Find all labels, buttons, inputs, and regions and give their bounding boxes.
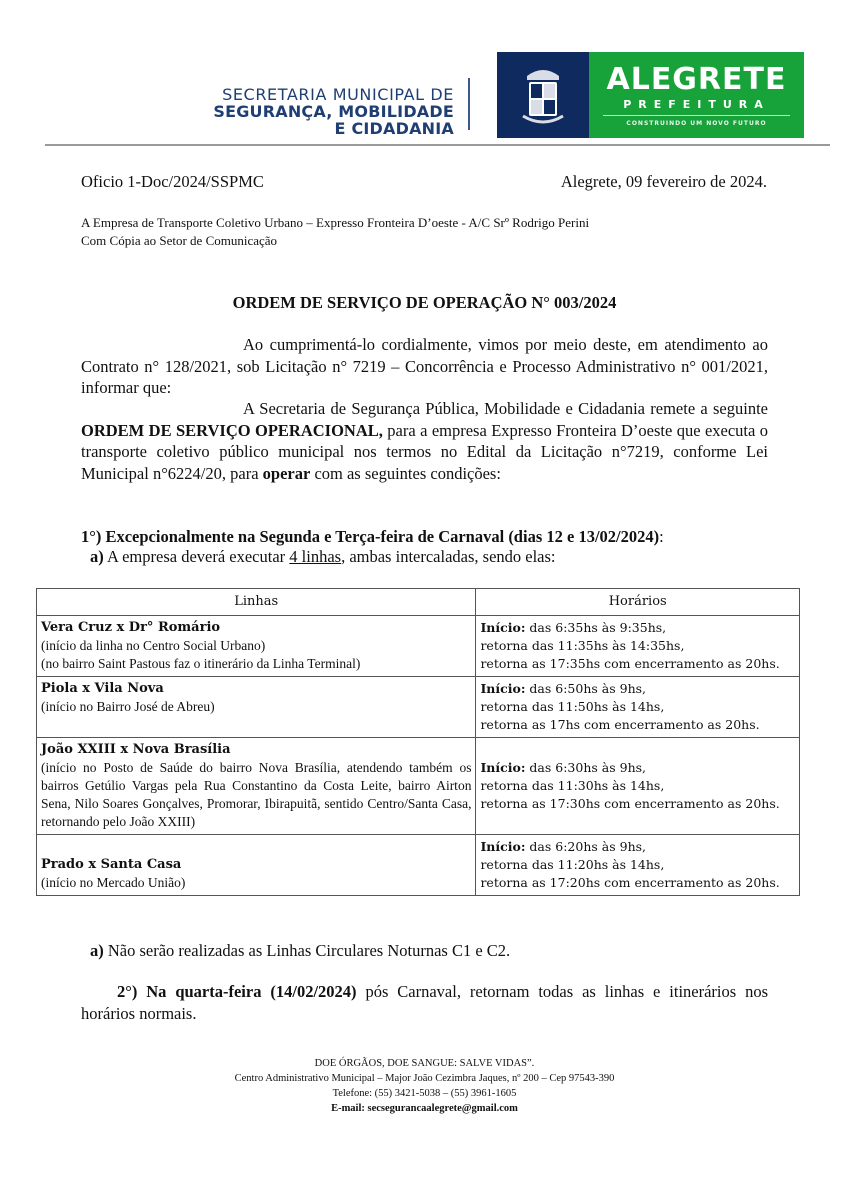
paragraph-1-text: Ao cumprimentá-lo cordialmente, vimos po… (81, 335, 768, 397)
item-1-a: a) A empresa deverá executar 4 linhas, a… (90, 546, 777, 568)
return-time-2: retorna as 17:30hs com encerramento as 2… (480, 795, 795, 813)
start-label: Início: (480, 681, 525, 696)
times-cell: Início: das 6:20hs às 9hs, retorna das 1… (476, 835, 800, 896)
secretariat-line-1: SECRETARIA MUNICIPAL DE (100, 86, 454, 103)
header-lines: Linhas (37, 589, 476, 616)
times-cell: Início: das 6:50hs às 9hs, retorna das 1… (476, 677, 800, 738)
paragraph-2-text-a: A Secretaria de Segurança Pública, Mobil… (243, 399, 768, 418)
line-description: (no bairro Saint Pastous faz o itinerári… (41, 655, 471, 673)
line-description: (início no Posto de Saúde do bairro Nova… (41, 759, 471, 831)
recipient: A Empresa de Transporte Coletivo Urbano … (81, 214, 589, 232)
footer-address: Centro Administrativo Municipal – Major … (0, 1071, 849, 1086)
item-1-a-text-2: , ambas intercaladas, sendo elas: (341, 547, 555, 566)
footer-email: E-mail: secsegurancaalegrete@gmail.com (0, 1101, 849, 1116)
line-name: Vera Cruz x Dr° Romário (41, 619, 471, 637)
table-header-row: Linhas Horários (37, 589, 800, 616)
paragraph-2: A Secretaria de Segurança Pública, Mobil… (81, 398, 768, 484)
note-a-text: Não serão realizadas as Linhas Circulare… (104, 941, 510, 960)
item-2: 2°) Na quarta-feira (14/02/2024) pós Car… (81, 981, 768, 1024)
footer-phone: Telefone: (55) 3421-5038 – (55) 3961-160… (0, 1086, 849, 1101)
header-times: Horários (476, 589, 800, 616)
paragraph-1: Ao cumprimentá-lo cordialmente, vimos po… (81, 334, 768, 399)
note-a: a) Não serão realizadas as Linhas Circul… (90, 940, 777, 962)
paragraph-2-text-c: com as seguintes condições: (310, 464, 501, 483)
start-time: das 6:35hs às 9:35hs, (525, 620, 666, 635)
start-time: das 6:20hs às 9hs, (525, 839, 646, 854)
line-cell: Vera Cruz x Dr° Romário (início da linha… (37, 616, 476, 677)
item-1-colon: : (659, 527, 664, 546)
prefeitura-logo: ALEGRETE PREFEITURA CONSTRUINDO UM NOVO … (589, 52, 804, 138)
table-row: João XXIII x Nova Brasília (início no Po… (37, 738, 800, 835)
line-description: (início no Mercado União) (41, 874, 471, 892)
return-time-2: retorna as 17:20hs com encerramento as 2… (480, 874, 795, 892)
item-2-bold: 2°) Na quarta-feira (14/02/2024) (117, 982, 357, 1001)
copy-to: Com Cópia ao Setor de Comunicação (81, 232, 589, 250)
item-1-heading: 1°) Excepcionalmente na Segunda e Terça-… (81, 526, 768, 548)
line-cell: Prado x Santa Casa (início no Mercado Un… (37, 835, 476, 896)
coat-of-arms-logo (497, 52, 589, 138)
times-cell: Início: das 6:35hs às 9:35hs, retorna da… (476, 616, 800, 677)
line-name: Piola x Vila Nova (41, 680, 471, 698)
schedule-table: Linhas Horários Vera Cruz x Dr° Romário … (36, 588, 800, 896)
secretariat-line-2: SEGURANÇA, MOBILIDADE (100, 103, 454, 120)
line-description: (início no Bairro José de Abreu) (41, 698, 471, 716)
paragraph-2-bold-2: operar (263, 464, 311, 483)
item-1-heading-text: 1°) Excepcionalmente na Segunda e Terça-… (81, 527, 659, 546)
return-time-2: retorna as 17:35hs com encerramento as 2… (480, 655, 795, 673)
return-time-1: retorna das 11:20hs às 14hs, (480, 856, 795, 874)
brand-slogan: CONSTRUINDO UM NOVO FUTURO (589, 120, 804, 127)
return-time-1: retorna das 11:35hs às 14:35hs, (480, 637, 795, 655)
item-1-a-label: a) (90, 547, 104, 566)
return-time-1: retorna das 11:30hs às 14hs, (480, 777, 795, 795)
paragraph-2-bold: ORDEM DE SERVIÇO OPERACIONAL, (81, 421, 383, 440)
return-time-1: retorna das 11:50hs às 14hs, (480, 698, 795, 716)
line-name: João XXIII x Nova Brasília (41, 741, 471, 759)
footer: DOE ÓRGÃOS, DOE SANGUE: SALVE VIDAS”. Ce… (0, 1056, 849, 1116)
brand-name: ALEGRETE (589, 62, 804, 97)
coat-of-arms-icon (519, 62, 567, 128)
start-label: Início: (480, 839, 525, 854)
table-row: Prado x Santa Casa (início no Mercado Un… (37, 835, 800, 896)
note-a-label: a) (90, 941, 104, 960)
footer-slogan: DOE ÓRGÃOS, DOE SANGUE: SALVE VIDAS”. (0, 1056, 849, 1071)
line-cell: João XXIII x Nova Brasília (início no Po… (37, 738, 476, 835)
addressee-block: A Empresa de Transporte Coletivo Urbano … (81, 214, 589, 250)
line-description: (início da linha no Centro Social Urbano… (41, 637, 471, 655)
table-row: Vera Cruz x Dr° Romário (início da linha… (37, 616, 800, 677)
line-name: Prado x Santa Casa (41, 856, 471, 874)
document-reference: Oficio 1-Doc/2024/SSPMC (81, 172, 264, 192)
start-label: Início: (480, 620, 525, 635)
secretariat-title: SECRETARIA MUNICIPAL DE SEGURANÇA, MOBIL… (100, 86, 454, 137)
item-1-a-text-1: A empresa deverá executar (104, 547, 290, 566)
times-cell: Início: das 6:30hs às 9hs, retorna das 1… (476, 738, 800, 835)
start-time: das 6:50hs às 9hs, (525, 681, 646, 696)
start-time: das 6:30hs às 9hs, (525, 760, 646, 775)
secretariat-line-3: E CIDADANIA (100, 120, 454, 137)
line-cell: Piola x Vila Nova (início no Bairro José… (37, 677, 476, 738)
document-title: ORDEM DE SERVIÇO DE OPERAÇÃO N° 003/2024 (0, 293, 849, 313)
brand-subtitle: PREFEITURA (589, 98, 804, 111)
return-time-2: retorna as 17hs com encerramento as 20hs… (480, 716, 795, 734)
item-1-a-underline: 4 linhas (289, 547, 341, 566)
header-separator (468, 78, 470, 130)
table-row: Piola x Vila Nova (início no Bairro José… (37, 677, 800, 738)
brand-divider (603, 115, 790, 116)
header-divider (45, 144, 830, 146)
place-date: Alegrete, 09 fevereiro de 2024. (561, 172, 767, 192)
start-label: Início: (480, 760, 525, 775)
